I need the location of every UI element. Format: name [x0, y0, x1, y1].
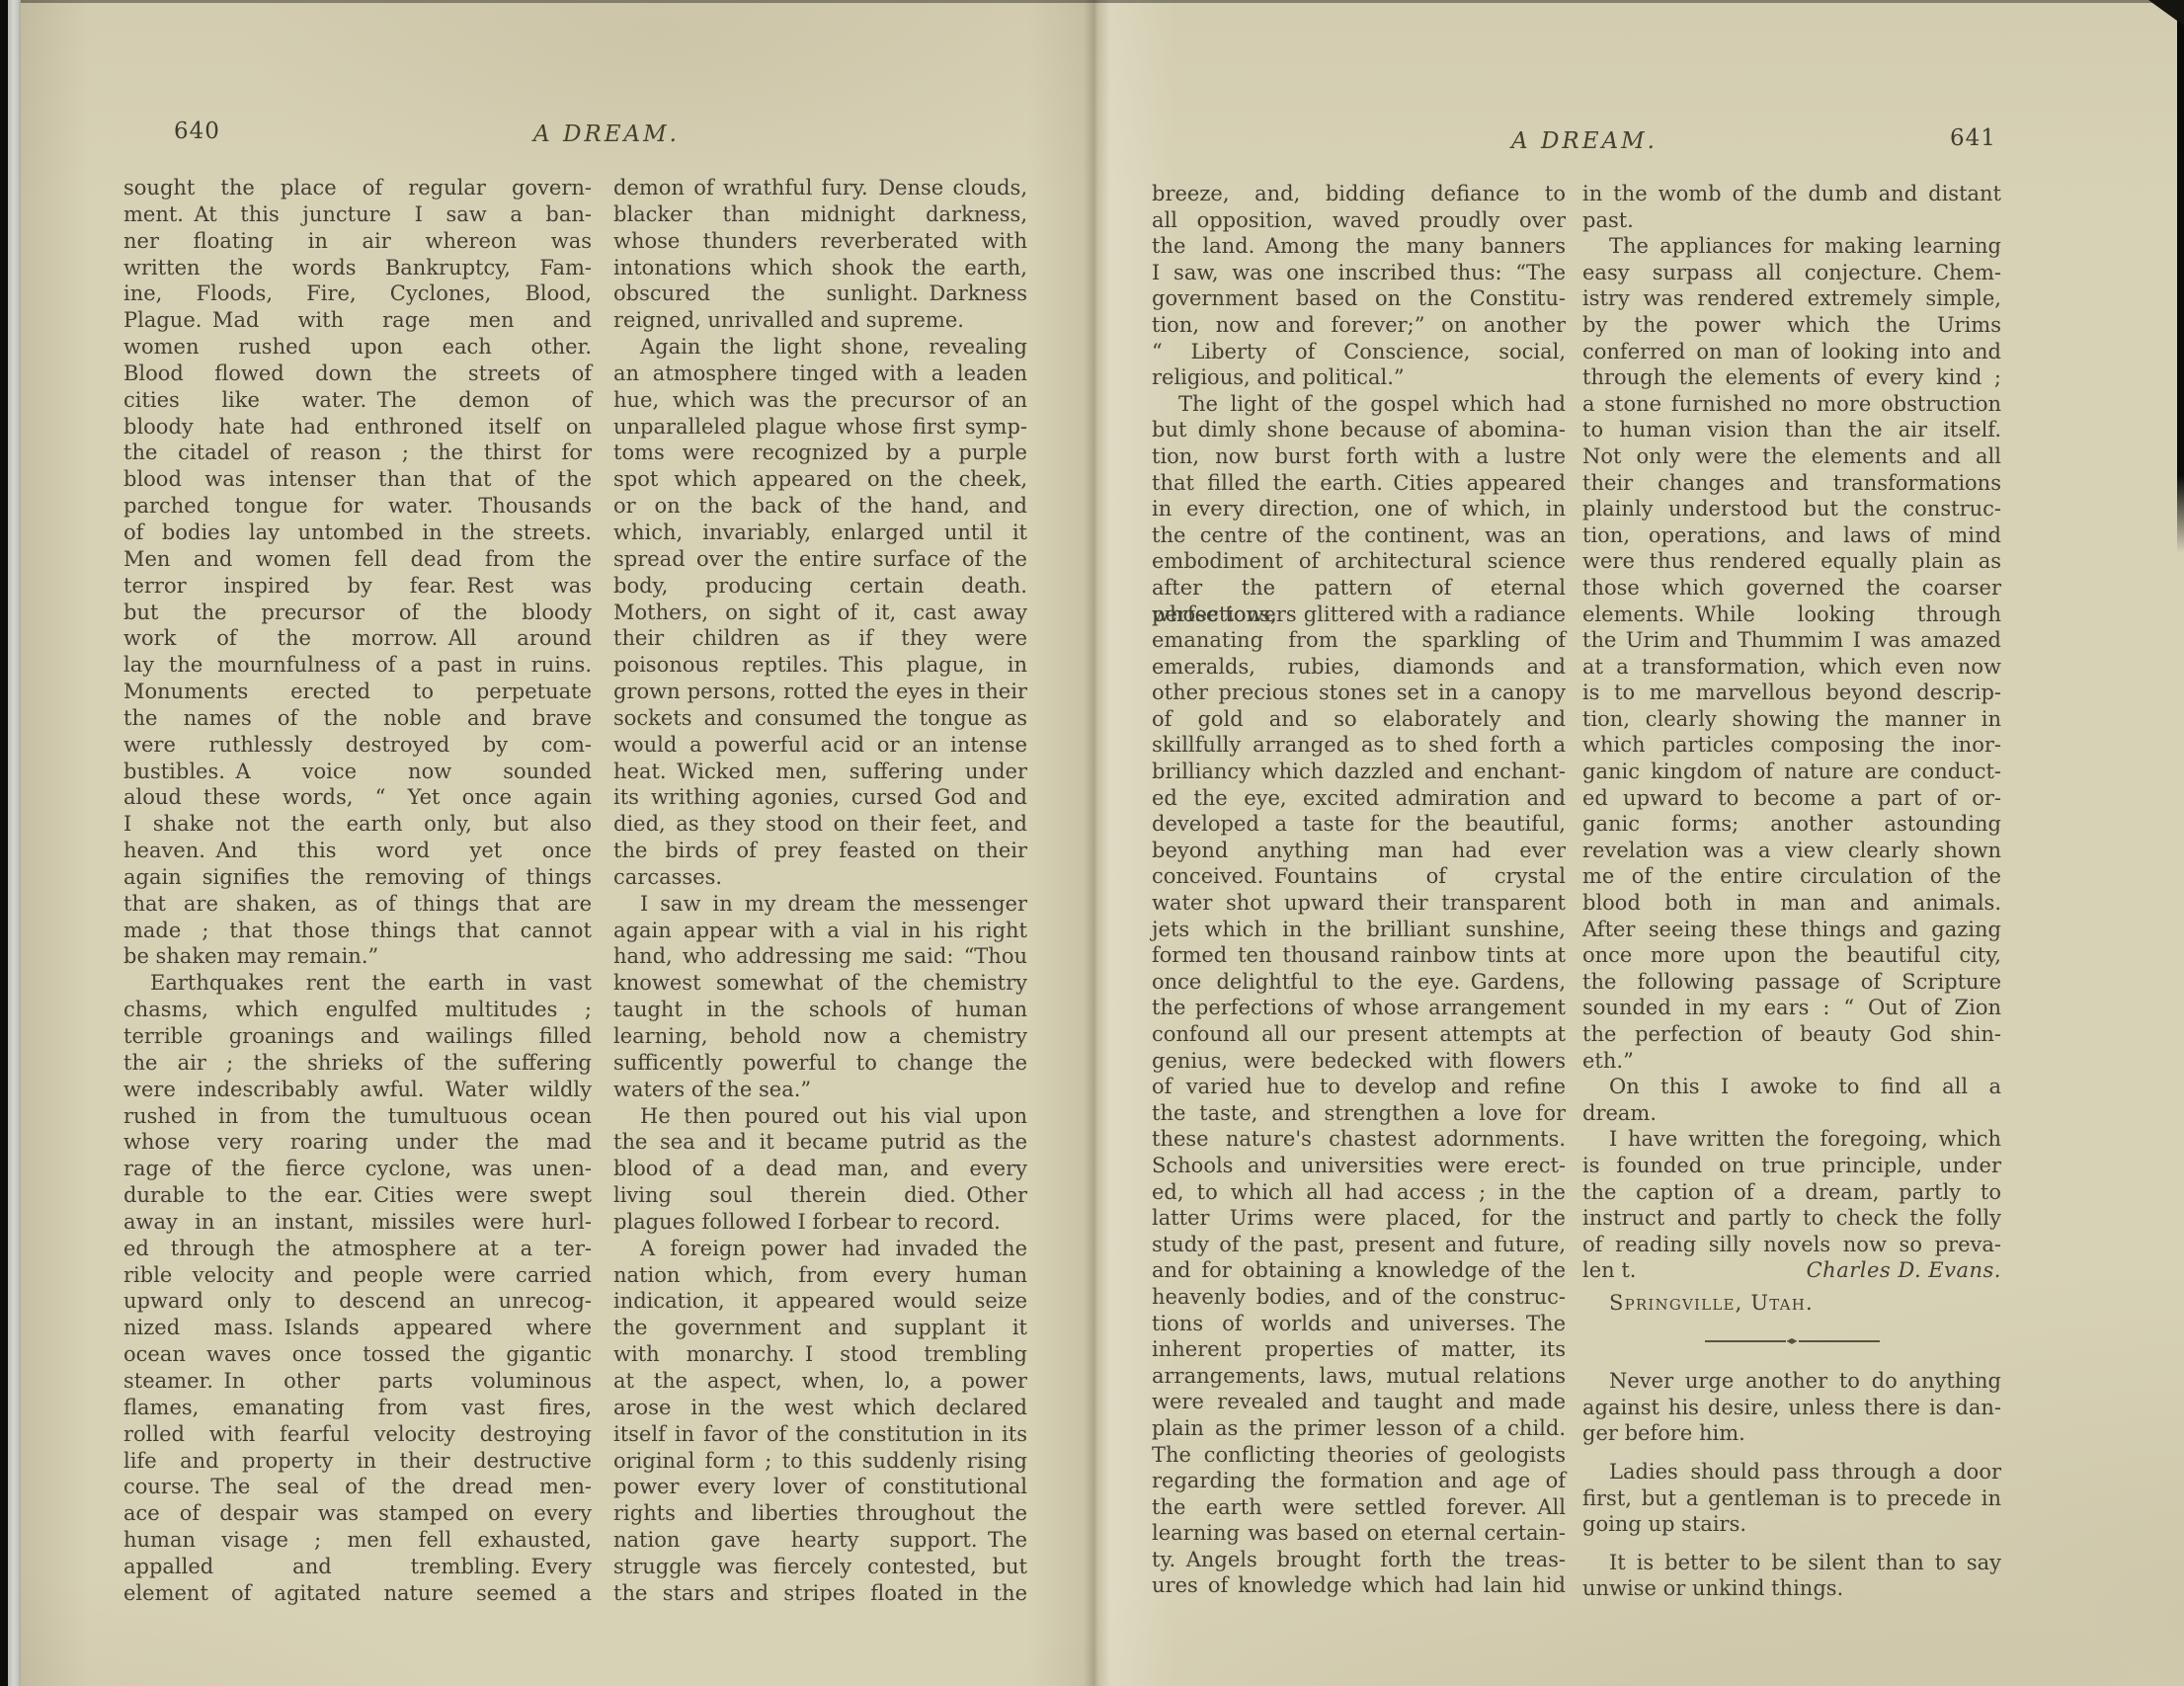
divider-diamond-icon — [1787, 1338, 1798, 1344]
divider-line — [1705, 1340, 1786, 1342]
text-line: original form ; to this suddenly rising — [613, 1448, 1027, 1475]
text-line: conceived. Fountains of crystal — [1152, 863, 1566, 890]
text-line: but the precursor of the bloody — [123, 600, 592, 626]
text-line: is to me marvellous beyond descrip- — [1582, 680, 2001, 706]
text-line: human visage ; men fell exhausted, — [123, 1527, 592, 1554]
text-line: plagues followed I forbear to record. — [613, 1209, 1027, 1236]
text-line: lay the mournfulness of a past in ruins. — [123, 652, 592, 679]
text-line: life and property in their destructive — [123, 1448, 592, 1475]
text-line: istry was rendered extremely simple, — [1582, 285, 2001, 312]
text-line: the Urim and Thummim I was amazed — [1582, 627, 2001, 654]
book-spread-scan: 640 A DREAM. sought the place of regular… — [0, 0, 2184, 1686]
text-line: those which governed the coarser — [1582, 575, 2001, 602]
text-line: in the womb of the dumb and distant — [1582, 181, 2001, 207]
text-line: at the aspect, when, lo, a power — [613, 1368, 1027, 1395]
text-line: upward only to descend an unrecog- — [123, 1288, 592, 1315]
text-line: carcasses. — [613, 864, 1027, 891]
text-line: unparalleled plague whose first symp- — [613, 414, 1027, 441]
text-line: He then poured out his vial upon — [613, 1103, 1027, 1130]
text-line: of bodies lay untombed in the streets. — [123, 520, 592, 546]
text-line: government based on the Constitu- — [1152, 285, 1566, 312]
text-line: once more upon the beautiful city, — [1582, 942, 2001, 969]
text-line: The conflicting theories of geologists — [1152, 1442, 1566, 1469]
text-line: the sea and it became putrid as the — [613, 1129, 1027, 1156]
text-line: confound all our present attempts at — [1152, 1021, 1566, 1048]
text-line: ed upward to become a part of or- — [1582, 785, 2001, 812]
text-line: “ Liberty of Conscience, social, — [1152, 339, 1566, 365]
text-line: tion, now burst forth with a lustre — [1152, 443, 1566, 470]
text-line: The appliances for making learning — [1582, 233, 2001, 260]
text-line: past. — [1582, 207, 2001, 234]
text-line: Not only were the elements and all — [1582, 443, 2001, 470]
text-line: chasms, which engulfed multitudes ; — [123, 997, 592, 1023]
text-line: these nature's chastest adornments. — [1152, 1126, 1566, 1153]
text-line: formed ten thousand rainbow tints at — [1152, 942, 1566, 969]
text-line: hand, who addressing me said: “Thou — [613, 943, 1027, 970]
text-line: the air ; the shrieks of the suffering — [123, 1050, 592, 1077]
text-line: len t.Charles D. Evans. — [1582, 1257, 2001, 1284]
text-line: emanating from the sparkling of — [1152, 627, 1566, 654]
text-line: rolled with fearful velocity destroying — [123, 1421, 592, 1448]
text-line: a stone furnished no more obstruction — [1582, 391, 2001, 418]
text-line: written the words Bankruptcy, Fam- — [123, 255, 592, 281]
running-title-left: A DREAM. — [533, 121, 680, 147]
text-line: knowest somewhat of the chemistry — [613, 970, 1027, 997]
text-line: the perfection of beauty God shin- — [1582, 1021, 2001, 1048]
scan-left-black-edge — [0, 0, 8, 1686]
text-line: waters of the sea.” — [613, 1077, 1027, 1103]
text-line: I saw, was one inscribed thus: “The — [1152, 260, 1566, 286]
text-line: terrible groanings and wailings filled — [123, 1023, 592, 1050]
text-line: and for obtaining a knowledge of the — [1152, 1257, 1566, 1284]
text-line: toms were recognized by a purple — [613, 440, 1027, 466]
text-line: course. The seal of the dread men- — [123, 1474, 592, 1500]
text-line: the taste, and strengthen a love for — [1152, 1100, 1566, 1127]
text-line: me of the entire circulation of the — [1582, 863, 2001, 890]
text-line: ace of despair was stamped on every — [123, 1500, 592, 1527]
text-line: be shaken may remain.” — [123, 943, 592, 970]
text-line: rage of the fierce cyclone, was unen- — [123, 1156, 592, 1182]
text-line: rible velocity and people were carried — [123, 1262, 592, 1289]
text-line: rights and liberties throughout the — [613, 1500, 1027, 1527]
text-line: blacker than midnight darkness, — [613, 201, 1027, 228]
text-line: I saw in my dream the messenger — [613, 891, 1027, 918]
text-line: ganic forms; another astounding — [1582, 811, 2001, 838]
text-line: Ladies should pass through a door — [1582, 1459, 2001, 1485]
text-line: the caption of a dream, partly to — [1582, 1179, 2001, 1206]
text-line: terror inspired by fear. Rest was — [123, 573, 592, 600]
text-line: heaven. And this word yet once — [123, 838, 592, 864]
text-line: obscured the sunlight. Darkness — [613, 281, 1027, 307]
text-line: struggle was fiercely contested, but — [613, 1554, 1027, 1580]
text-line: the government and supplant it — [613, 1315, 1027, 1341]
text-line: were ruthlessly destroyed by com- — [123, 732, 592, 759]
text-line: in every direction, one of which, in — [1152, 496, 1566, 522]
text-line: against his desire, unless there is dan- — [1582, 1395, 2001, 1421]
text-line: heavenly bodies, and of the construc- — [1152, 1284, 1566, 1311]
scanner-bed-strip — [8, 0, 21, 1686]
text-line: ures of knowledge which had lain hid — [1152, 1572, 1566, 1599]
text-line: regarding the formation and age of — [1152, 1468, 1566, 1494]
text-line: whose very roaring under the mad — [123, 1129, 592, 1156]
text-line: which particles composing the inor- — [1582, 732, 2001, 759]
page-number-left: 640 — [174, 119, 220, 144]
text-line: tion, clearly showing the manner in — [1582, 706, 2001, 733]
text-line: bustibles. A voice now sounded — [123, 759, 592, 785]
text-line: the earth were settled forever. All — [1152, 1494, 1566, 1521]
text-line: indication, it appeared would seize — [613, 1288, 1027, 1315]
text-line: tion, now and forever;” on another — [1152, 312, 1566, 339]
text-line: blood of a dead man, and every — [613, 1156, 1027, 1182]
text-line: breeze, and, bidding defiance to — [1152, 181, 1566, 207]
text-line: of varied hue to develop and refine — [1152, 1074, 1566, 1100]
text-line: nation which, from every human — [613, 1262, 1027, 1289]
text-line: the citadel of reason ; the thirst for — [123, 440, 592, 466]
text-line: easy surpass all conjecture. Chem- — [1582, 260, 2001, 286]
scan-top-edge-shadow — [21, 0, 2184, 3]
text-line: going up stairs. — [1582, 1511, 2001, 1538]
text-line: away in an instant, missiles were hurl- — [123, 1209, 592, 1236]
text-line: arose in the west which declared — [613, 1395, 1027, 1421]
text-line: developed a taste for the beautiful, — [1152, 811, 1566, 838]
text-line: the land. Among the many banners — [1152, 233, 1566, 260]
text-line: were revealed and taught and made — [1152, 1389, 1566, 1415]
text-line: died, as they stood on their feet, and — [613, 811, 1027, 838]
text-line: ment. At this juncture I saw a ban- — [123, 201, 592, 228]
text-line: religious, and political.” — [1152, 364, 1566, 391]
text-line: Schools and universities were erect- — [1152, 1153, 1566, 1179]
text-line: that filled the earth. Cities appeared — [1152, 470, 1566, 497]
text-line: I have written the foregoing, which — [1582, 1126, 2001, 1153]
text-line: On this I awoke to find all a — [1582, 1074, 2001, 1100]
text-line: ocean waves once tossed the gigantic — [123, 1341, 592, 1368]
text-line: unwise or unkind things. — [1582, 1575, 2001, 1602]
text-line: through the elements of every kind ; — [1582, 364, 2001, 391]
text-line: dream. — [1582, 1100, 2001, 1127]
text-line: steamer. In other parts voluminous — [123, 1368, 592, 1395]
text-line: skillfully arranged as to shed forth a — [1152, 732, 1566, 759]
author-signature: Charles D. Evans. — [1807, 1257, 2001, 1284]
text-line: arrangements, laws, mutual relations — [1152, 1363, 1566, 1390]
byline-location: Springville, Utah. — [1582, 1290, 2001, 1317]
text-line: A foreign power had invaded the — [613, 1236, 1027, 1262]
text-line: tions of worlds and universes. The — [1152, 1311, 1566, 1337]
text-line: parched tongue for water. Thousands — [123, 493, 592, 520]
text-line: or on the back of the hand, and — [613, 493, 1027, 520]
text-line: after the pattern of eternal perfections… — [1152, 575, 1566, 602]
text-line: that are shaken, as of things that are — [123, 891, 592, 918]
right-page-column-1: breeze, and, bidding defiance toall oppo… — [1152, 181, 1566, 1599]
text-line: whose thunders reverberated with — [613, 228, 1027, 255]
text-line: other precious stones set in a canopy — [1152, 680, 1566, 706]
text-line: by the power which the Urims — [1582, 312, 2001, 339]
text-line: Plague. Mad with rage men and — [123, 307, 592, 334]
text-line: nized mass. Islands appeared where — [123, 1315, 592, 1341]
text-line: brilliancy which dazzled and enchant- — [1152, 759, 1566, 785]
text-line: which, invariably, enlarged until it — [613, 520, 1027, 546]
text-line: conferred on man of looking into and — [1582, 339, 2001, 365]
text-line: body, producing certain death. — [613, 573, 1027, 600]
text-line: their children as if they were — [613, 625, 1027, 652]
text-line: its writhing agonies, cursed God and — [613, 784, 1027, 811]
text-line: heat. Wicked men, suffering under — [613, 759, 1027, 785]
text-line: plainly understood but the construc- — [1582, 496, 2001, 522]
text-fragment: len t. — [1582, 1257, 1636, 1284]
text-line: emeralds, rubies, diamonds and — [1152, 654, 1566, 681]
text-line: to human vision than the air itself. — [1582, 417, 2001, 443]
text-line: inherent properties of matter, its — [1152, 1336, 1566, 1363]
page-number-right: 641 — [1950, 125, 1996, 151]
text-line: ed through the atmosphere at a ter- — [123, 1236, 592, 1262]
text-line: at a transformation, which even now — [1582, 654, 2001, 681]
text-line: spot which appeared on the cheek, — [613, 466, 1027, 493]
left-page-edge-shading — [21, 0, 90, 1686]
text-line: taught in the schools of human — [613, 997, 1027, 1023]
text-line: poisonous reptiles. This plague, in — [613, 652, 1027, 679]
text-line: whose towers glittered with a radiance — [1152, 602, 1566, 628]
text-line: bloody hate had enthroned itself on — [123, 414, 592, 441]
text-line: elements. While looking through — [1582, 602, 2001, 628]
text-line: with monarchy. I stood trembling — [613, 1341, 1027, 1368]
text-line: appalled and trembling. Every — [123, 1554, 592, 1580]
text-line: sounded in my ears : “ Out of Zion — [1582, 995, 2001, 1021]
text-line: ed the eye, excited admiration and — [1152, 785, 1566, 812]
text-line: demon of wrathful fury. Dense clouds, — [613, 175, 1027, 201]
text-line: Again the light shone, revealing — [613, 334, 1027, 361]
text-line: itself in favor of the constitution in i… — [613, 1421, 1027, 1448]
left-page-column-1: sought the place of regular govern-ment.… — [123, 175, 592, 1607]
text-line: cities like water. The demon of — [123, 387, 592, 414]
text-line: beyond anything man had ever — [1152, 838, 1566, 864]
running-title-right: A DREAM. — [1511, 128, 1658, 154]
text-line: the names of the noble and brave — [123, 705, 592, 732]
section-divider-rule — [1582, 1328, 2001, 1355]
text-line: would a powerful acid or an intense — [613, 732, 1027, 759]
divider-line — [1799, 1340, 1880, 1342]
text-line: Men and women fell dead from the — [123, 546, 592, 573]
text-line: hue, which was the precursor of an — [613, 387, 1027, 414]
text-line: is founded on true principle, under — [1582, 1153, 2001, 1179]
text-line: the birds of prey feasted on their — [613, 838, 1027, 864]
text-line: embodiment of architectural science — [1152, 548, 1566, 575]
text-line: ine, Floods, Fire, Cyclones, Blood, — [123, 281, 592, 307]
text-line: work of the morrow. All around — [123, 625, 592, 652]
text-line: the centre of the continent, was an — [1152, 522, 1566, 549]
right-page-column-2: in the womb of the dumb and distantpast.… — [1582, 181, 2001, 1602]
text-line: again appear with a vial in his right — [613, 918, 1027, 944]
text-line: of gold and so elaborately and — [1152, 706, 1566, 733]
text-line: element of agitated nature seemed a — [123, 1580, 592, 1607]
text-line: an atmosphere tinged with a leaden — [613, 361, 1027, 387]
text-line: the following passage of Scripture — [1582, 969, 2001, 996]
text-line: sockets and consumed the tongue as — [613, 705, 1027, 732]
text-line: water shot upward their transparent — [1152, 890, 1566, 917]
text-line: once delightful to the eye. Gardens, — [1152, 969, 1566, 996]
text-line: ed, to which all had access ; in the — [1152, 1179, 1566, 1206]
text-line: sufficently powerful to change the — [613, 1050, 1027, 1077]
text-line: Never urge another to do anything — [1582, 1368, 2001, 1395]
text-line: flames, emanating from vast fires, — [123, 1395, 592, 1421]
text-line: made ; that those things that cannot — [123, 918, 592, 944]
text-line: ger before him. — [1582, 1420, 2001, 1447]
text-line: were thus rendered equally plain as — [1582, 548, 2001, 575]
scan-right-black-edge — [2177, 0, 2184, 553]
text-line: but dimly shone because of abomina- — [1152, 417, 1566, 443]
text-line: eth.” — [1582, 1048, 2001, 1075]
text-line: reigned, unrivalled and supreme. — [613, 307, 1027, 334]
text-line: ner floating in air whereon was — [123, 228, 592, 255]
text-line: jets which in the brilliant sunshine, — [1152, 917, 1566, 943]
text-line: It is better to be silent than to say — [1582, 1550, 2001, 1576]
text-line: rushed in from the tumultuous ocean — [123, 1103, 592, 1130]
text-line: latter Urims were placed, for the — [1152, 1205, 1566, 1232]
text-line: of reading silly novels now so preva- — [1582, 1232, 2001, 1258]
text-line: The light of the gospel which had — [1152, 391, 1566, 418]
text-line: genius, were bedecked with flowers — [1152, 1048, 1566, 1075]
text-line: durable to the ear. Cities were swept — [123, 1182, 592, 1209]
text-line: Mothers, on sight of it, cast away — [613, 600, 1027, 626]
text-line: living soul therein died. Other — [613, 1182, 1027, 1209]
text-line: ganic kingdom of nature are conduct- — [1582, 759, 2001, 785]
text-line: learning was based on eternal certain- — [1152, 1520, 1566, 1547]
text-line: the perfections of whose arrangement — [1152, 995, 1566, 1021]
text-line: first, but a gentleman is to precede in — [1582, 1485, 2001, 1512]
text-line: blood both in man and animals. — [1582, 890, 2001, 917]
text-line: all opposition, waved proudly over — [1152, 207, 1566, 234]
text-line: aloud these words, “ Yet once again — [123, 784, 592, 811]
text-line: sought the place of regular govern- — [123, 175, 592, 201]
text-line: spread over the entire surface of the — [613, 546, 1027, 573]
left-page-column-2: demon of wrathful fury. Dense clouds,bla… — [613, 175, 1027, 1607]
text-line: blood was intenser than that of the — [123, 466, 592, 493]
text-line: revelation was a view clearly shown — [1582, 838, 2001, 864]
scan-top-right-corner-shadow — [2148, 0, 2184, 26]
text-line: learning, behold now a chemistry — [613, 1023, 1027, 1050]
text-line: were indescribably awful. Water wildly — [123, 1077, 592, 1103]
text-line: Earthquakes rent the earth in vast — [123, 970, 592, 997]
text-line: study of the past, present and future, — [1152, 1232, 1566, 1258]
text-line: tion, operations, and laws of mind — [1582, 522, 2001, 549]
text-line: grown persons, rotted the eyes in their — [613, 679, 1027, 705]
text-line: the stars and stripes floated in the — [613, 1580, 1027, 1607]
text-line: again signifies the removing of things — [123, 864, 592, 891]
text-line: instruct and partly to check the folly — [1582, 1205, 2001, 1232]
text-line: women rushed upon each other. — [123, 334, 592, 361]
text-line: their changes and transformations — [1582, 470, 2001, 497]
text-line: intonations which shook the earth, — [613, 255, 1027, 281]
text-line: ty. Angels brought forth the treas- — [1152, 1547, 1566, 1573]
text-line: nation gave hearty support. The — [613, 1527, 1027, 1554]
text-line: I shake not the earth only, but also — [123, 811, 592, 838]
text-line: Blood flowed down the streets of — [123, 361, 592, 387]
text-line: After seeing these things and gazing — [1582, 917, 2001, 943]
text-line: power every lover of constitutional — [613, 1474, 1027, 1500]
text-line: plain as the primer lesson of a child. — [1152, 1415, 1566, 1442]
text-line: Monuments erected to perpetuate — [123, 679, 592, 705]
